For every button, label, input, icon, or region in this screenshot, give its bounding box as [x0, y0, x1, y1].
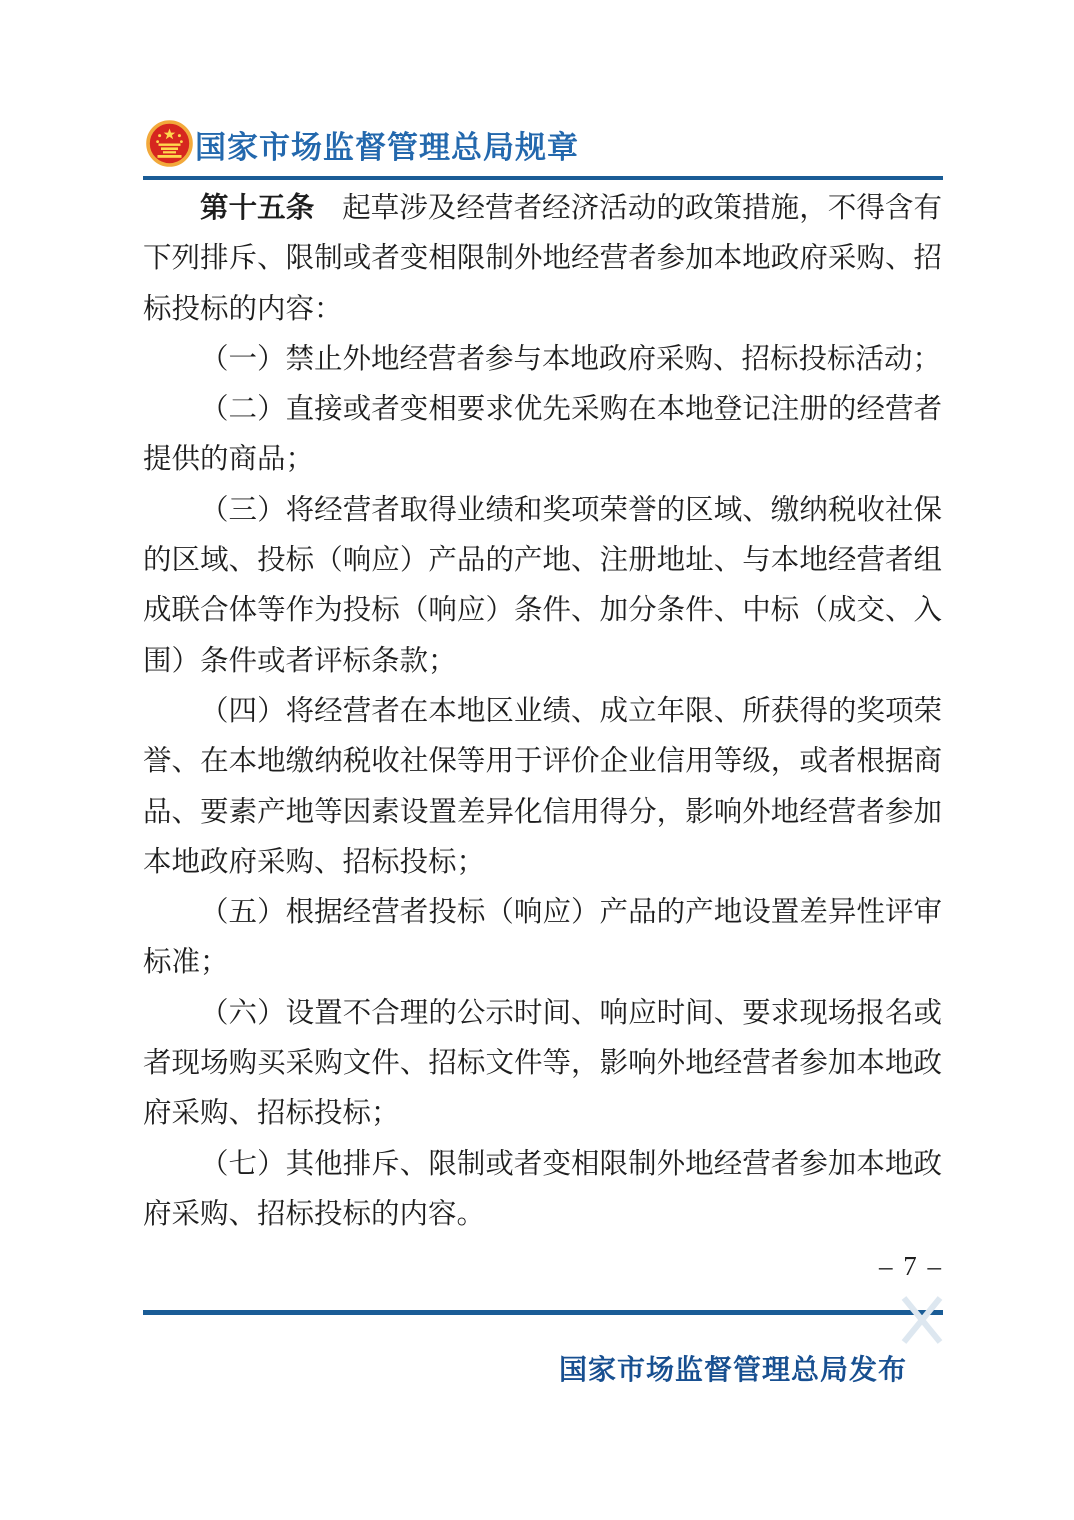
clause-paragraph-5: （五）根据经营者投标（响应）产品的产地设置差异性评审标准；	[143, 888, 942, 989]
national-emblem-icon	[146, 120, 193, 167]
watermark-x-icon	[898, 1292, 946, 1348]
publisher-line: 国家市场监督管理总局发布	[559, 1348, 907, 1388]
article-number: 第十五条	[200, 193, 314, 224]
page-number: – 7 –	[879, 1251, 943, 1282]
clause-paragraph-2: （二）直接或者变相要求优先采购在本地登记注册的经营者提供的商品；	[143, 385, 942, 486]
article-paragraph: 第十五条起草涉及经营者经济活动的政策措施，不得含有下列排斥、限制或者变相限制外地…	[143, 184, 942, 335]
document-page: 国家市场监督管理总局规章 第十五条起草涉及经营者经济活动的政策措施，不得含有下列…	[0, 0, 1074, 1520]
document-body: 第十五条起草涉及经营者经济活动的政策措施，不得含有下列排斥、限制或者变相限制外地…	[143, 184, 942, 1240]
footer-rule	[143, 1310, 943, 1315]
page-header: 国家市场监督管理总局规章	[143, 118, 943, 170]
header-title: 国家市场监督管理总局规章	[195, 122, 579, 167]
clause-paragraph-7: （七）其他排斥、限制或者变相限制外地经营者参加本地政府采购、招标投标的内容。	[143, 1140, 942, 1241]
clause-paragraph-4: （四）将经营者在本地区业绩、成立年限、所获得的奖项荣誉、在本地缴纳税收社保等用于…	[143, 687, 942, 888]
header-rule	[143, 176, 943, 180]
clause-paragraph-3: （三）将经营者取得业绩和奖项荣誉的区域、缴纳税收社保的区域、投标（响应）产品的产…	[143, 486, 942, 687]
clause-paragraph-6: （六）设置不合理的公示时间、响应时间、要求现场报名或者现场购买采购文件、招标文件…	[143, 989, 942, 1140]
clause-paragraph-1: （一）禁止外地经营者参与本地政府采购、招标投标活动；	[143, 335, 942, 385]
